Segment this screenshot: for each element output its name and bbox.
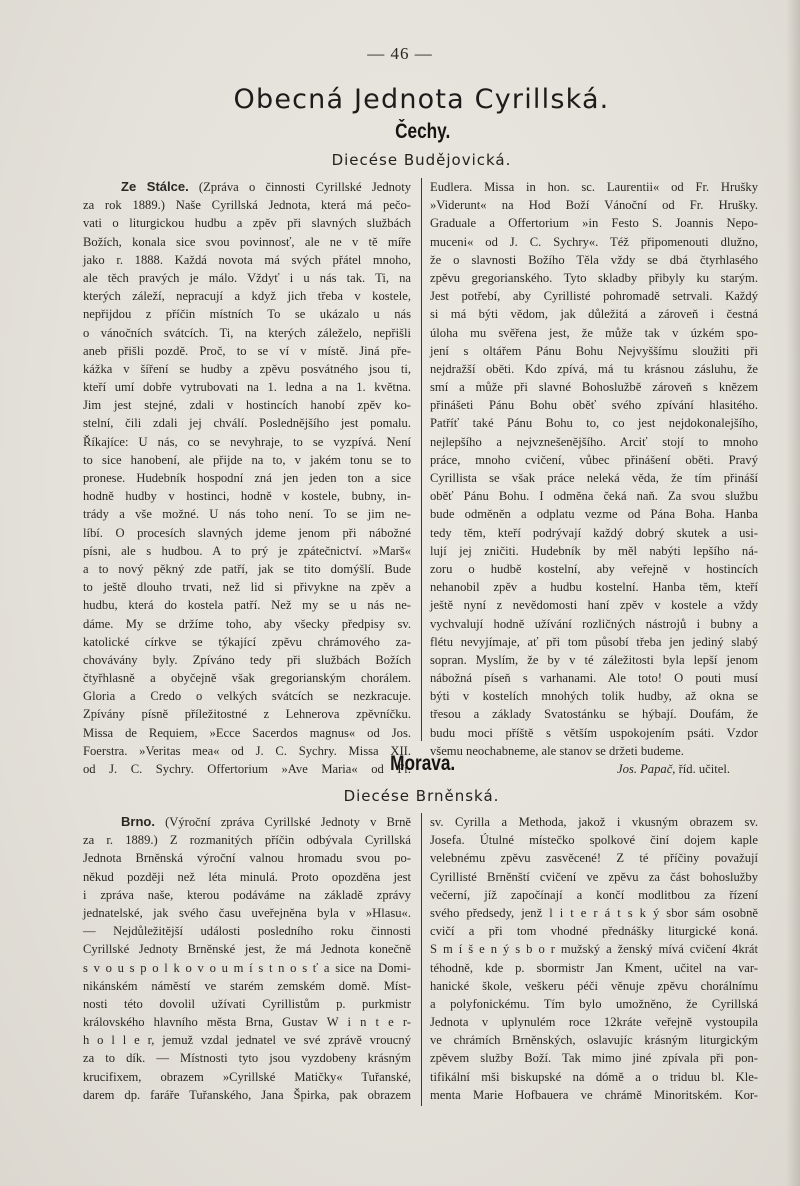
text-line: pronese. Hudebník hospodní zná jen jeden… xyxy=(83,469,411,487)
text-line: nehanobil zpěv a hudbu kostelní. Hanba t… xyxy=(430,578,758,596)
text-line: někud později než léta minulá. Proto opo… xyxy=(83,868,411,886)
text-line: nejlepšího a nejvznešenějšího. Arciť sto… xyxy=(430,433,758,451)
text-line: čtyřhlasně a obyčejně však gregorianským… xyxy=(83,669,411,687)
text-line: tedy těm, kteří podrývají každý dobrý sk… xyxy=(430,524,758,542)
text-line: Zpívány písně příležitostné z Lehnerova … xyxy=(83,705,411,723)
text-line: vychvalují hodně užívání rozličných nást… xyxy=(430,615,758,633)
report-lead-place: Ze Stálce. xyxy=(121,179,189,194)
text-line: dáme. My se držíme toho, aby všecky před… xyxy=(83,615,411,633)
diocese-heading-budejovicka: Diecése Budějovická. xyxy=(0,151,800,169)
text-line: Brno. (Výroční zpráva Cyrillské Jednoty … xyxy=(83,813,411,831)
text-line: a polyfonickému. Tím bylo umožněno, že C… xyxy=(430,995,758,1013)
report-lead-place: Brno. xyxy=(121,814,155,829)
article-column-left: Ze Stálce. (Zpráva o činnosti Cyrillské … xyxy=(83,178,411,778)
text-line: za rok 1889.) Naše Cyrillská Jednota, kt… xyxy=(83,196,411,214)
text-line: to ještě dlouho trvati, než lid si přivy… xyxy=(83,578,411,596)
text-line: za to dík. — Místnosti tyto jsou vyzdobe… xyxy=(83,1049,411,1067)
text-line: cvičí a při tom vhodné přednášky liturgi… xyxy=(430,922,758,940)
text-line: nepřijdou z příčin místních To se ukázal… xyxy=(83,305,411,323)
text-line: krucifixem, obrazem »Cyrillské Matičky« … xyxy=(83,1068,411,1086)
text-line: hanické škole, veškeru péči věnuje zpěvu… xyxy=(430,977,758,995)
text-line: téhodně, kde p. sbormistr Jan Kment, uči… xyxy=(430,959,758,977)
diocese-heading-brnenska: Diecése Brněnská. xyxy=(0,787,800,805)
text-line: písni, ale s hudbou. A to prý je zpátečn… xyxy=(83,542,411,560)
text-line: Gloria a Credo o velkých svátcích se nez… xyxy=(83,687,411,705)
page-title: Obecná Jednota Cyrillská. xyxy=(0,84,800,115)
text-line: že o slavnosti Božího Těla vždy se dbá č… xyxy=(430,251,758,269)
text-line: kterých záleží, nepracují a když jich tř… xyxy=(83,287,411,305)
text-line: nábožná píseň s varhanami. Ale toto! O p… xyxy=(430,669,758,687)
text-line: hodně hudby v hostinci, hodně v kostele,… xyxy=(83,487,411,505)
text-line: Cyrillské Jednoty Brněnské jest, že má J… xyxy=(83,940,411,958)
text-line: Říkajíce: U nás, co se nevyhraje, to se … xyxy=(83,433,411,451)
text-line: Missa de Requiem, »Ecce Sacerdos magnus«… xyxy=(83,724,411,742)
text-line: Patříť také Pánu Bohu to, co jest nejdok… xyxy=(430,414,758,432)
text-line: nikánském náměstí ve starém zemském domě… xyxy=(83,977,411,995)
text-line: královského hlavního města Brna, Gustav … xyxy=(83,1013,411,1031)
text-line: budu moci příště s větším uspokojením ps… xyxy=(430,724,758,742)
text-line: a to nový pěkný zde patří, jak se tito d… xyxy=(83,560,411,578)
text-line: katolické církve se týkající zpěvu chrám… xyxy=(83,633,411,651)
text-line: práce, mnoho cvičení, vůbec přinášení ob… xyxy=(430,451,758,469)
text-line: s v o u s p o l k o v o u m í s t n o s … xyxy=(83,959,411,977)
text-line: i zpráva naše, kterou podáváme na základ… xyxy=(83,886,411,904)
text-line: darem dp. faráře Tuřanského, Jana Špirka… xyxy=(83,1086,411,1104)
text-line: velebnému zpěvu zasvěcené! Z té příčiny … xyxy=(430,849,758,867)
text-line: Eudlera. Missa in hon. sc. Laurentii« od… xyxy=(430,178,758,196)
text-line: Jim jest stejné, zdali v hostincích hano… xyxy=(83,396,411,414)
text-line: si má býti vědom, jak důležitá a zároveň… xyxy=(430,305,758,323)
text-line: Graduale a Offertorium »in Festo S. Joan… xyxy=(430,214,758,232)
text-line: hudbu, která do kostela patří. Než my se… xyxy=(83,596,411,614)
text-line: Jest potřebí, aby Cyrillisté pohromadě s… xyxy=(430,287,758,305)
text-line: — Nejdůležitější události posledního rok… xyxy=(83,922,411,940)
text-line: sv. Cyrilla a Methoda, jakož i vkusným o… xyxy=(430,813,758,831)
text-line: jako r. 1888. Každá novota má svých přát… xyxy=(83,251,411,269)
text-line: stelní, čili zdali jej chválí. Posledněj… xyxy=(83,414,411,432)
text-line: jení s oltářem Pánu Bohu Nejvyššímu slou… xyxy=(430,342,758,360)
column-divider xyxy=(421,813,422,1106)
text-line: úloha mu svěřena jest, že může tak v úzk… xyxy=(430,324,758,342)
text-line: sopran. Myslím, že by v té záležitosti b… xyxy=(430,651,758,669)
text-line: ve chrámích Brněnských, oslavujíc krásný… xyxy=(430,1031,758,1049)
text-line: kteří umí dobře vytrubovati na 1. ledna … xyxy=(83,378,411,396)
text-line: zpěvu gregorianského. Tyto skladby přiby… xyxy=(430,269,758,287)
article-column-left: Brno. (Výroční zpráva Cyrillské Jednoty … xyxy=(83,813,411,1104)
text-line: S m í š e n ý s b o r mužský a ženský mí… xyxy=(430,940,758,958)
text-line: Božích, konala sice svou povinnosť, ale … xyxy=(83,233,411,251)
text-line: trády a vše možné. U nás toho není. To s… xyxy=(83,505,411,523)
text-line: býti v kostelích mnohých tolik hudby, až… xyxy=(430,687,758,705)
text-line: bude odměněn a odplatu vezme od Pána Boh… xyxy=(430,505,758,523)
text-line: nosti této dovolil užívati Cyrillistům p… xyxy=(83,995,411,1013)
text-line: líbí. O procesích slavných jdeme jenom p… xyxy=(83,524,411,542)
page-edge-shadow xyxy=(786,0,800,1186)
text-line: muceni« od J. C. Sychry«. Též připomenou… xyxy=(430,233,758,251)
text-line: třesou a základy Svatostánku se hýbají. … xyxy=(430,705,758,723)
page-number: — 46 — xyxy=(0,44,800,64)
text-line: lují jej zničiti. Hudebník by měl nabýti… xyxy=(430,542,758,560)
article-column-right: Eudlera. Missa in hon. sc. Laurentii« od… xyxy=(430,178,758,778)
text-line: za r. 1889.) Z rozmanitých příčin odbýva… xyxy=(83,831,411,849)
text-line: ještě nyní z nevědomosti haní zpěv v kos… xyxy=(430,596,758,614)
text-line: aneb přišli pozdě. Proč, to se ví v míst… xyxy=(83,342,411,360)
column-divider xyxy=(421,178,422,741)
text-line: kážka v šíření se hudby a zpěvu posvátné… xyxy=(83,360,411,378)
text-line: Jednota v uplynulém roce 12kráte veřejně… xyxy=(430,1013,758,1031)
text-line: flétu nevyjímaje, ať při tom působí třeb… xyxy=(430,633,758,651)
text-line: zoru o hudbě kostelní, aby veřejně v hos… xyxy=(430,560,758,578)
text-line: zpěvem služby Boží. Tak mimo jiné zpíval… xyxy=(430,1049,758,1067)
text-line: menta Marie Hofbauera ve chrámě Minorits… xyxy=(430,1086,758,1104)
text-line: smí a může při slavné Bohoslužbě zároveň… xyxy=(430,378,758,396)
text-line: »Viderunt« na Hod Boží Vánoční od Fr. Hr… xyxy=(430,196,758,214)
text-line: h o l l e r, jemuž vzdal jednatel ve své… xyxy=(83,1031,411,1049)
text-line: o vánočních svátcích. Ti, na kterých zál… xyxy=(83,324,411,342)
region-heading-cechy: Čechy. xyxy=(77,120,768,144)
text-line: ale těch pravých je málo. Vždyť i u nás … xyxy=(83,269,411,287)
text-line: přinášeti Pánu Bohu oběť svého zpívání h… xyxy=(430,396,758,414)
text-line: Josefa. Útulné místečko spolkové činí do… xyxy=(430,831,758,849)
text-line: Jednota Brněnská výroční valnou hromadu … xyxy=(83,849,411,867)
text-line: chovávány byly. Zpíváno tedy při službác… xyxy=(83,651,411,669)
scanned-page: — 46 — Obecná Jednota Cyrillská. Čechy. … xyxy=(0,0,800,1186)
text-line: Ze Stálce. (Zpráva o činnosti Cyrillské … xyxy=(83,178,411,196)
text-line: tifikální mši biskupské na dómě a o trid… xyxy=(430,1068,758,1086)
text-line: Cyrillisté Brněnští cvičení ve zpěvu za … xyxy=(430,868,758,886)
text-line: Cyrillista se však práce neleká věda, že… xyxy=(430,469,758,487)
text-line: vati o liturgickou hudbu a zpěv při slav… xyxy=(83,214,411,232)
text-line: svého předsedy, jenž l i t e r á t s k ý… xyxy=(430,904,758,922)
text-line: nejdražší oběti. Kdo zpívá, má tu krásno… xyxy=(430,360,758,378)
region-heading-morava: Morava. xyxy=(77,752,768,776)
text-line: to sice hanobení, ale přijde na to, v ja… xyxy=(83,451,411,469)
article-column-right: sv. Cyrilla a Methoda, jakož i vkusným o… xyxy=(430,813,758,1104)
text-line: večerní, jíž započínají a končí modlitbo… xyxy=(430,886,758,904)
text-line: oběť Pánu Bohu. I odměna čeká naň. Za sv… xyxy=(430,487,758,505)
text-line: jednatelské, jak svého času uveřejněna b… xyxy=(83,904,411,922)
